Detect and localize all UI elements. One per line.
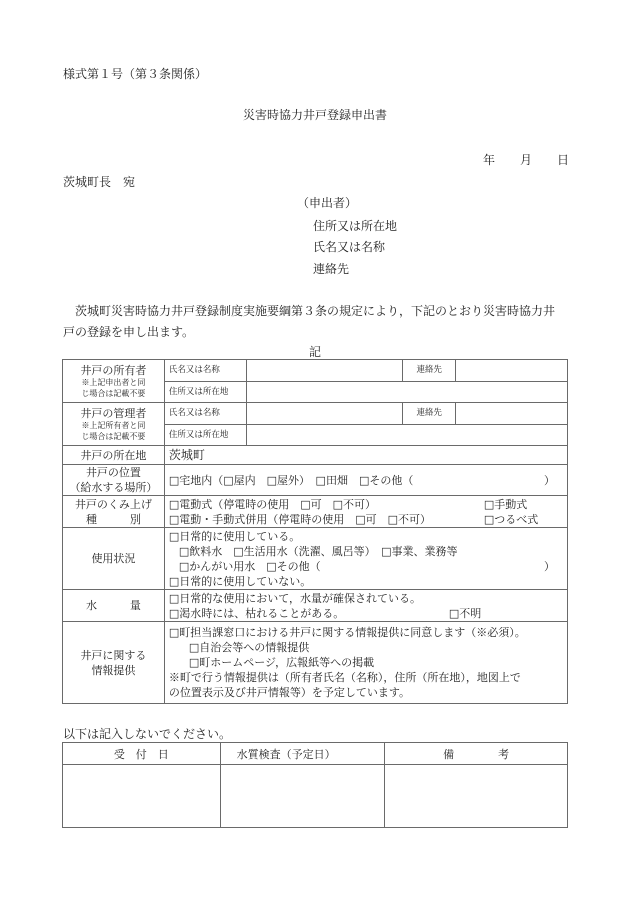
pump-manual-option[interactable]: □手動式 [484, 497, 527, 512]
info-provision-label-cell: 井戸に関する 情報提供 [63, 622, 165, 704]
water-test-cell[interactable] [220, 765, 385, 828]
info-note-line1: ※町で行う情報提供は（所有者氏名（名称），住所（所在地），地図上で [169, 670, 563, 685]
manager-address-label: 住所又は所在地 [164, 425, 246, 446]
ki-heading: 記 [0, 343, 630, 360]
info-consent-option[interactable]: □町担当課窓口における井戸に関する情報提供に同意します（※必須）。 [169, 625, 563, 640]
pump-electric-option[interactable]: □電動式（停電時の使用 □可 □不可） [169, 498, 376, 511]
location-label: 井戸の所在地 [63, 446, 165, 465]
date-month-label: 月 [520, 151, 532, 168]
info-provision-options[interactable]: □町担当課窓口における井戸に関する情報提供に同意します（※必須）。 □自治会等へ… [164, 622, 567, 704]
intro-text-line1: 茨城町災害時協力井戸登録制度実施要綱第３条の規定により，下記のとおり災害時協力井 [63, 302, 555, 319]
received-date-cell[interactable] [63, 765, 221, 828]
manager-name-label: 氏名又は名称 [164, 403, 246, 425]
manager-contact-field[interactable] [456, 403, 568, 425]
document-title: 災害時協力井戸登録申出書 [0, 106, 630, 123]
info-note-line2: の位置表示及び井戸情報等）を予定しています。 [169, 685, 563, 700]
usage-purpose-options[interactable]: □飲料水 □生活用水（洗濯、風呂等） □事業、業務等 [169, 544, 563, 559]
manager-address-field[interactable] [246, 425, 567, 446]
owner-name-label: 氏名又は名称 [164, 360, 246, 382]
position-options[interactable]: □宅地内（□屋内 □屋外） □田畑 □その他（ ） [164, 465, 567, 496]
date-year-label: 年 [483, 151, 495, 168]
pump-type-options[interactable]: □電動式（停電時の使用 □可 □不可） □手動式 □電動・手動式併用（停電時の使… [164, 496, 567, 528]
form-number: 様式第１号（第３条関係） [63, 65, 207, 82]
addressee: 茨城町長 宛 [63, 173, 135, 190]
water-volume-options[interactable]: □日常的な使用において，水量が確保されている。 □渇水時には、枯れることがある。… [164, 590, 567, 622]
owner-label-cell: 井戸の所有者 ※上記申出者と同 じ場合は記載不要 [63, 360, 165, 403]
usage-other-option[interactable]: □かんがい用水 □その他（ ） [169, 559, 563, 574]
info-community-option[interactable]: □自治会等への情報提供 [169, 640, 563, 655]
position-label-cell: 井戸の位置 （給水する場所） [63, 465, 165, 496]
usage-daily-option[interactable]: □日常的に使用している。 [169, 529, 563, 544]
info-website-option[interactable]: □町ホームページ，広報紙等への掲載 [169, 655, 563, 670]
remarks-header: 備 考 [385, 743, 568, 765]
applicant-address-label: 住所又は所在地 [313, 217, 397, 234]
manager-label-cell: 井戸の管理者 ※上記所有者と同 じ場合は記載不要 [63, 403, 165, 446]
remarks-cell[interactable] [385, 765, 568, 828]
usage-label: 使用状況 [63, 528, 165, 590]
water-test-header: 水質検査（予定日） [220, 743, 385, 765]
date-day-label: 日 [557, 151, 569, 168]
applicant-contact-label: 連絡先 [313, 260, 349, 277]
office-use-notice: 以下は記入しないでください。 [63, 725, 231, 742]
office-use-table: 受 付 日 水質検査（予定日） 備 考 [62, 742, 568, 828]
applicant-heading: （申出者） [297, 194, 357, 211]
manager-name-field[interactable] [246, 403, 403, 425]
usage-not-daily-option[interactable]: □日常的に使用していない。 [169, 574, 563, 589]
owner-address-field[interactable] [246, 382, 567, 403]
applicant-name-label: 氏名又は名称 [313, 238, 385, 255]
water-volume-label: 水 量 [63, 590, 165, 622]
water-drought-option[interactable]: □渇水時には、枯れることがある。 [169, 607, 344, 620]
owner-contact-field[interactable] [456, 360, 568, 382]
pump-combined-option[interactable]: □電動・手動式併用（停電時の使用 □可 □不可） [169, 513, 431, 526]
location-field[interactable]: 茨城町 [164, 446, 567, 465]
owner-address-label: 住所又は所在地 [164, 382, 246, 403]
received-date-header: 受 付 日 [63, 743, 221, 765]
owner-contact-label: 連絡先 [403, 360, 456, 382]
usage-options[interactable]: □日常的に使用している。 □飲料水 □生活用水（洗濯、風呂等） □事業、業務等 … [164, 528, 567, 590]
manager-contact-label: 連絡先 [403, 403, 456, 425]
owner-name-field[interactable] [246, 360, 403, 382]
pump-type-label-cell: 井戸のくみ上げ 種 別 [63, 496, 165, 528]
registration-form-table: 井戸の所有者 ※上記申出者と同 じ場合は記載不要 氏名又は名称 連絡先 住所又は… [62, 359, 568, 704]
pump-tsurube-option[interactable]: □つるべ式 [484, 512, 538, 527]
water-sufficient-option[interactable]: □日常的な使用において，水量が確保されている。 [169, 591, 563, 606]
water-unknown-option[interactable]: □不明 [449, 606, 481, 621]
intro-text-line2: 戸の登録を申し出ます。 [63, 323, 194, 340]
